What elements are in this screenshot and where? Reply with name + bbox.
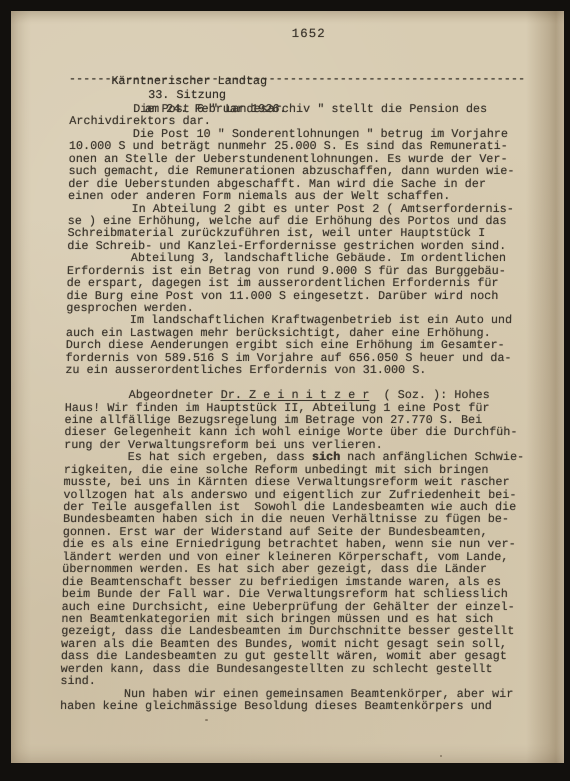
text-line: die es als eine Erniedrigung betrachtet … [63,538,541,550]
text-line: musste, bei uns in Kärnten diese Verwalt… [63,476,541,488]
text-segment: Abgeordneter [65,388,221,402]
document-body: Die Post 6 " Landesarchiv " stellt die P… [60,103,548,712]
text-line: Archivdirektors dar. [69,115,547,127]
text-line: gezeigt, dass die Landesbeamten im Durch… [61,625,539,637]
text-segment: ( Soz. ): Hohes [369,388,490,402]
paper-speck [205,719,208,721]
text-line: übernommen werden. Es hat sich aber geze… [62,563,540,575]
text-line: beim Bunde der Fall war. Die Verwaltungs… [62,588,540,600]
text-line: Bundesbeamten haben sich in die neuen Ve… [63,513,541,525]
text-line: Es hat sich ergeben, dass sich nach anfä… [64,451,542,463]
text-line: zu ein ausserordentliches Erfordernis vo… [65,364,543,376]
text-line: einen oder anderen Form niemals aus der … [68,190,546,202]
text-line: dass die Landesbeamten zu gut gestellt w… [61,650,539,662]
speaker-name: Dr. Z e i n i t z e r [221,388,370,402]
text-line: haben keine gleichmässige Besoldung dies… [60,700,538,712]
text-line: werden kann, dass die Bundesangestellten… [61,663,539,675]
header-rule: ----------------------------------------… [69,72,526,86]
text-line: Abgeordneter Dr. Z e i n i t z e r ( Soz… [65,389,543,401]
text-line: dieser Gelegenheit kann ich wohl einige … [64,426,542,438]
page-content: 1652 Kärntnerischer Landtag 33. Sitzung … [0,11,564,763]
text-line: Im landschaftlichen Kraftwagenbetrieb is… [66,314,544,326]
text-line: Durch diese Aenderungen ergibt sich eine… [66,339,544,351]
text-line: sind. [60,675,538,687]
text-line: such gemacht, die Remunerationen abzusch… [68,165,546,177]
session-header-number: 33. Sitzung [148,88,226,102]
scanned-page: { "document": { "page_number": "1652", "… [0,0,570,781]
text-line: de erspart, dagegen ist im ausserordentl… [67,277,545,289]
document-page: 1652 Kärntnerischer Landtag 33. Sitzung … [11,11,564,763]
text-line: Schreibmaterial zurückzuführen ist, weil… [67,227,545,239]
page-number: 1652 [292,27,326,41]
text-line: Abteilung 3, landschaftliche Gebäude. Im… [67,252,545,264]
text-line: 10.000 S und beträgt nunmehr 25.000 S. E… [69,140,547,152]
paper-speck [440,755,442,757]
